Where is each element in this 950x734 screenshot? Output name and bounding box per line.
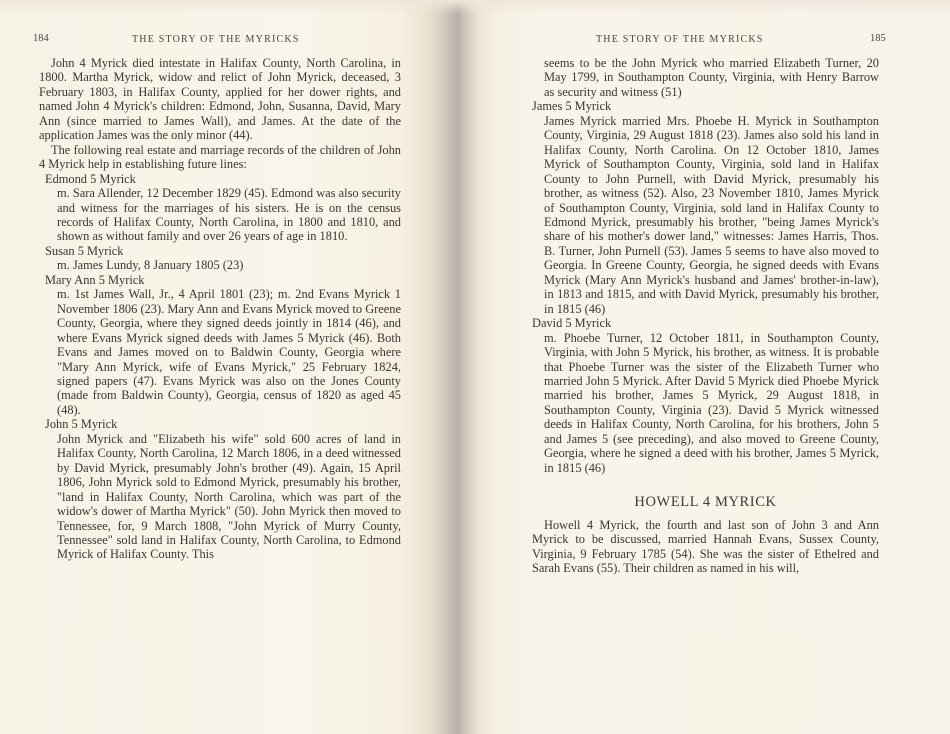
continued-text: seems to be the John Myrick who married …	[544, 56, 879, 99]
section-heading: HOWELL 4 MYRICK	[532, 495, 879, 509]
entry-body: m. Sara Allender, 12 December 1829 (45).…	[57, 186, 401, 244]
paragraph: The following real estate and marriage r…	[39, 143, 401, 172]
right-page: THE STORY OF THE MYRICKS 185 seems to be…	[470, 0, 950, 734]
entry-heading: David 5 Myrick	[532, 316, 879, 330]
running-head: THE STORY OF THE MYRICKS	[596, 34, 764, 45]
entry-body: m. 1st James Wall, Jr., 4 April 1801 (23…	[57, 287, 401, 417]
entry-heading: John 5 Myrick	[45, 417, 401, 431]
page-body: seems to be the John Myrick who married …	[532, 56, 879, 575]
entry-body: James Myrick married Mrs. Phoebe H. Myri…	[544, 114, 879, 316]
page-body: John 4 Myrick died intestate in Halifax …	[39, 56, 401, 562]
book-spread: 184 THE STORY OF THE MYRICKS John 4 Myri…	[0, 0, 950, 734]
paragraph: Howell 4 Myrick, the fourth and last son…	[532, 518, 879, 576]
entry-body: m. Phoebe Turner, 12 October 1811, in So…	[544, 331, 879, 476]
entry-heading: Susan 5 Myrick	[45, 244, 401, 258]
entry-heading: Mary Ann 5 Myrick	[45, 273, 401, 287]
left-page: 184 THE STORY OF THE MYRICKS John 4 Myri…	[0, 0, 450, 734]
entry-body: John Myrick and "Elizabeth his wife" sol…	[57, 432, 401, 562]
entry-heading: Edmond 5 Myrick	[45, 172, 401, 186]
entry-heading: James 5 Myrick	[532, 99, 879, 113]
paragraph: John 4 Myrick died intestate in Halifax …	[39, 56, 401, 143]
entry-body: m. James Lundy, 8 January 1805 (23)	[57, 258, 401, 272]
page-number: 184	[33, 33, 49, 44]
page-number: 185	[870, 33, 886, 44]
running-head: THE STORY OF THE MYRICKS	[132, 34, 300, 45]
